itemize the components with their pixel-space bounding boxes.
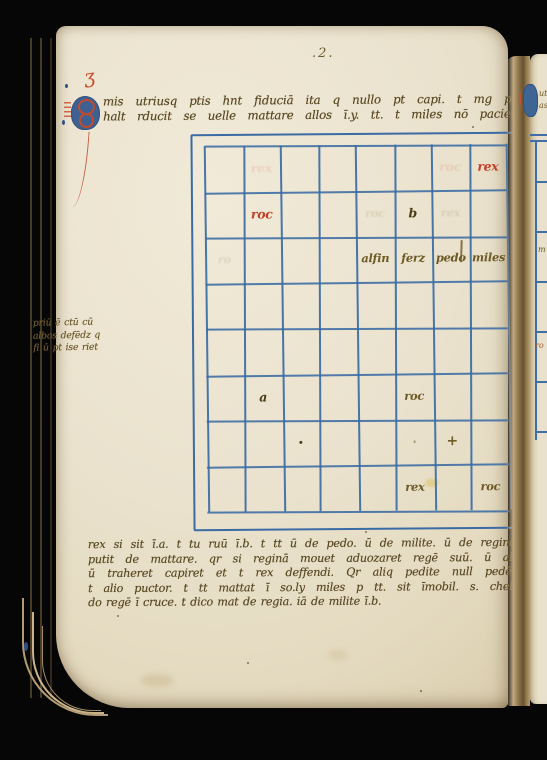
- speck: [365, 531, 367, 533]
- board-piece-roc: roc: [480, 481, 500, 493]
- adjacent-grid-line: [530, 140, 547, 142]
- adjacent-page-edge: A ut as m ro: [530, 54, 547, 704]
- margin-note-line-3: fi ū pt ise riet: [33, 341, 115, 355]
- speck: [117, 615, 119, 617]
- board-piece-b: b: [408, 207, 417, 220]
- adjacent-text-fragment: ut: [539, 90, 547, 98]
- header-line-2: halt rducit se uelle mattare allos ī.y. …: [103, 107, 516, 125]
- board-piece-miles: miles: [472, 252, 505, 264]
- speck: [247, 662, 249, 664]
- margin-note: priū ē ctū cū albos defēdz q fi ū pt ise…: [33, 316, 116, 355]
- board-piece-+: +: [446, 435, 458, 449]
- adjacent-grid-line: [535, 281, 547, 283]
- page-edge-crease: [50, 38, 52, 698]
- adjacent-grid-line: [535, 431, 547, 433]
- initial-flourish-top: ʒ: [83, 67, 96, 87]
- manuscript-page: .2. O ʒ mis utriusq ptis hnt fiduciā ita…: [56, 26, 508, 708]
- board-piece-roc: roc: [404, 390, 424, 402]
- page-edge-crease: [30, 38, 32, 698]
- footer-line-5: do regē ī cruce. t dico mat de regia. iā…: [88, 594, 516, 611]
- ink-spot: [24, 642, 28, 651]
- board-piece-ferz: ferz: [401, 253, 425, 265]
- board-piece-alfin: alfin: [361, 253, 389, 265]
- bleedthrough-ghost-rex: rex: [441, 207, 460, 219]
- header-text-block: mis utriusq ptis hnt fiduciā ita q nullo…: [103, 92, 516, 125]
- bleedthrough-ghost-ro: ro: [218, 255, 231, 267]
- grid-line-horizontal: [207, 510, 509, 513]
- bleedthrough-ghost-roc: roc: [439, 161, 461, 174]
- parchment-stain: [140, 674, 174, 687]
- ink-spot: [65, 84, 68, 88]
- board-piece-rex: rex: [405, 482, 424, 494]
- adjacent-grid-line: [535, 381, 547, 383]
- manuscript-photo: .2. O ʒ mis utriusq ptis hnt fiduciā ita…: [0, 0, 547, 760]
- grid-line-horizontal: [205, 236, 507, 239]
- board-piece-roc: roc: [251, 208, 273, 221]
- adjacent-grid-line: [530, 134, 547, 136]
- folio-number: .2.: [312, 46, 335, 61]
- adjacent-grid-line: [535, 140, 537, 440]
- page-edge-crease: [40, 38, 42, 698]
- initial-flourish-ticks: [64, 102, 71, 118]
- chess-diagram-board: rexrocbalfinferzpedomilesaroc+rexrocrexr…: [190, 132, 518, 532]
- board-piece-pedo: pedo: [436, 253, 466, 265]
- adjacent-page-initial: A: [523, 84, 538, 117]
- adjacent-grid-line: [535, 181, 547, 183]
- initial-flourish-tail: [67, 130, 89, 207]
- initial-letter: O: [71, 96, 72, 97]
- grid-line-horizontal: [207, 419, 509, 422]
- board-piece-rex: rex: [477, 160, 498, 173]
- bleedthrough-ghost-roc: roc: [365, 208, 385, 220]
- adjacent-grid-line: [535, 331, 547, 333]
- speck: [420, 690, 422, 692]
- board-piece-dot: [413, 441, 416, 444]
- adjacent-initial-letter: A: [523, 84, 524, 85]
- bleedthrough-ghost-rex: rex: [251, 162, 272, 175]
- footer-text-block: rex si sit ī.a. t tu ruū ī.b. t tt ū de …: [88, 536, 516, 611]
- illuminated-initial: O: [71, 96, 100, 130]
- board-piece-a: a: [259, 391, 267, 404]
- board-piece-dot: [300, 441, 303, 444]
- adjacent-text-fragment: m: [538, 246, 546, 254]
- adjacent-text-fragment: ro: [535, 342, 544, 350]
- adjacent-text-fragment: as: [539, 102, 547, 110]
- parchment-stain: [328, 650, 348, 660]
- speck: [472, 126, 474, 128]
- book-gutter: [506, 56, 530, 706]
- adjacent-grid-line: [535, 231, 547, 233]
- ink-spot: [62, 120, 65, 125]
